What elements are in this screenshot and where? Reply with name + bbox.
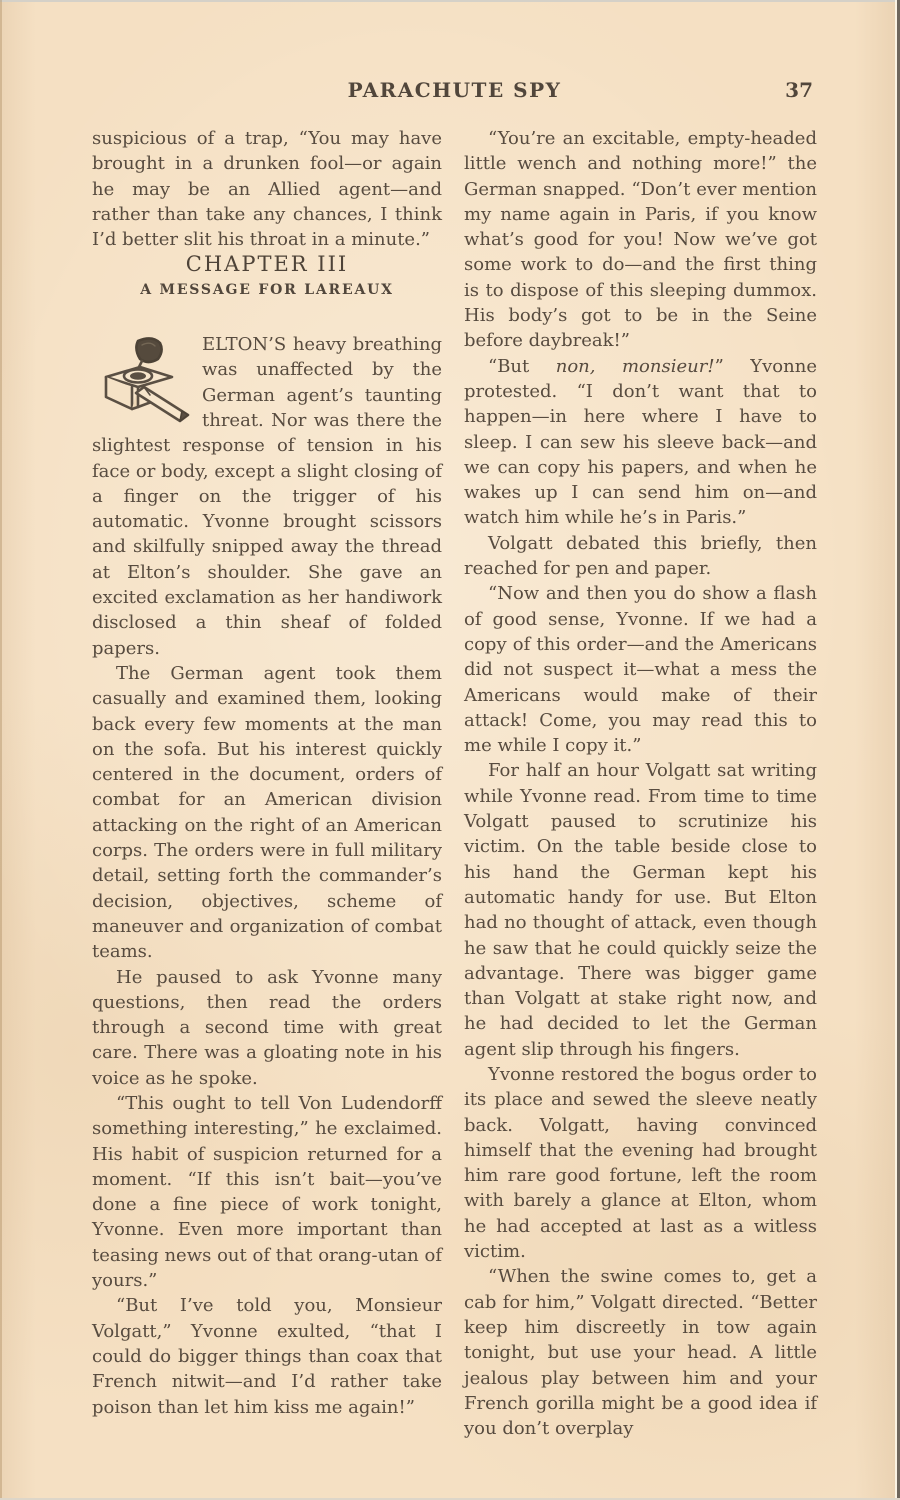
- scan-left-edge: [0, 0, 2, 1500]
- text-run: ” Yvonne protested. “I don’t want that t…: [464, 356, 817, 529]
- paragraph: “But non, monsieur!” Yvonne protested. “…: [464, 354, 817, 531]
- paragraph: Yvonne restored the bogus order to its p…: [464, 1062, 817, 1264]
- continuation-paragraph: suspicious of a trap, “You may have brou…: [92, 126, 442, 252]
- paragraph: He paused to ask Yvonne many questions, …: [92, 965, 442, 1091]
- chapter-subtitle: A MESSAGE FOR LAREAUX: [92, 278, 442, 303]
- right-column-paragraphs: “You’re an excitable, empty-headed littl…: [464, 126, 817, 1441]
- page-number: 37: [785, 78, 813, 102]
- italic-phrase: non, monsieur!: [556, 356, 715, 377]
- left-column-paragraphs: The German agent took them casually and …: [92, 661, 442, 1420]
- chapter-heading: CHAPTER III: [92, 252, 442, 277]
- paragraph: The German agent took them casually and …: [92, 661, 442, 965]
- opening-paragraph: ELTON’S heavy breathing was unaffected b…: [92, 332, 442, 661]
- paragraph: “But I’ve told you, Monsieur Volgatt,” Y…: [92, 1293, 442, 1419]
- left-column: suspicious of a trap, “You may have brou…: [92, 126, 442, 1420]
- running-title: PARACHUTE SPY: [92, 78, 817, 102]
- paragraph: “When the swine comes to, get a cab for …: [464, 1264, 817, 1441]
- page-header: PARACHUTE SPY 37: [92, 78, 817, 104]
- paragraph: For half an hour Volgatt sat writing whi…: [464, 758, 817, 1062]
- paragraph: “Now and then you do show a flash of goo…: [464, 581, 817, 758]
- paragraph: “This ought to tell Von Ludendorff somet…: [92, 1091, 442, 1293]
- book-page-scan: PARACHUTE SPY 37 suspicious of a trap, “…: [0, 0, 900, 1500]
- paragraph: Volgatt debated this briefly, then reach…: [464, 531, 817, 582]
- inkwell-and-pen-illustration-icon: [92, 335, 194, 425]
- paragraph: “You’re an excitable, empty-headed littl…: [464, 126, 817, 354]
- right-column: “You’re an excitable, empty-headed littl…: [464, 126, 817, 1441]
- scan-top-edge: [0, 0, 900, 2]
- text-run: “But: [488, 356, 556, 377]
